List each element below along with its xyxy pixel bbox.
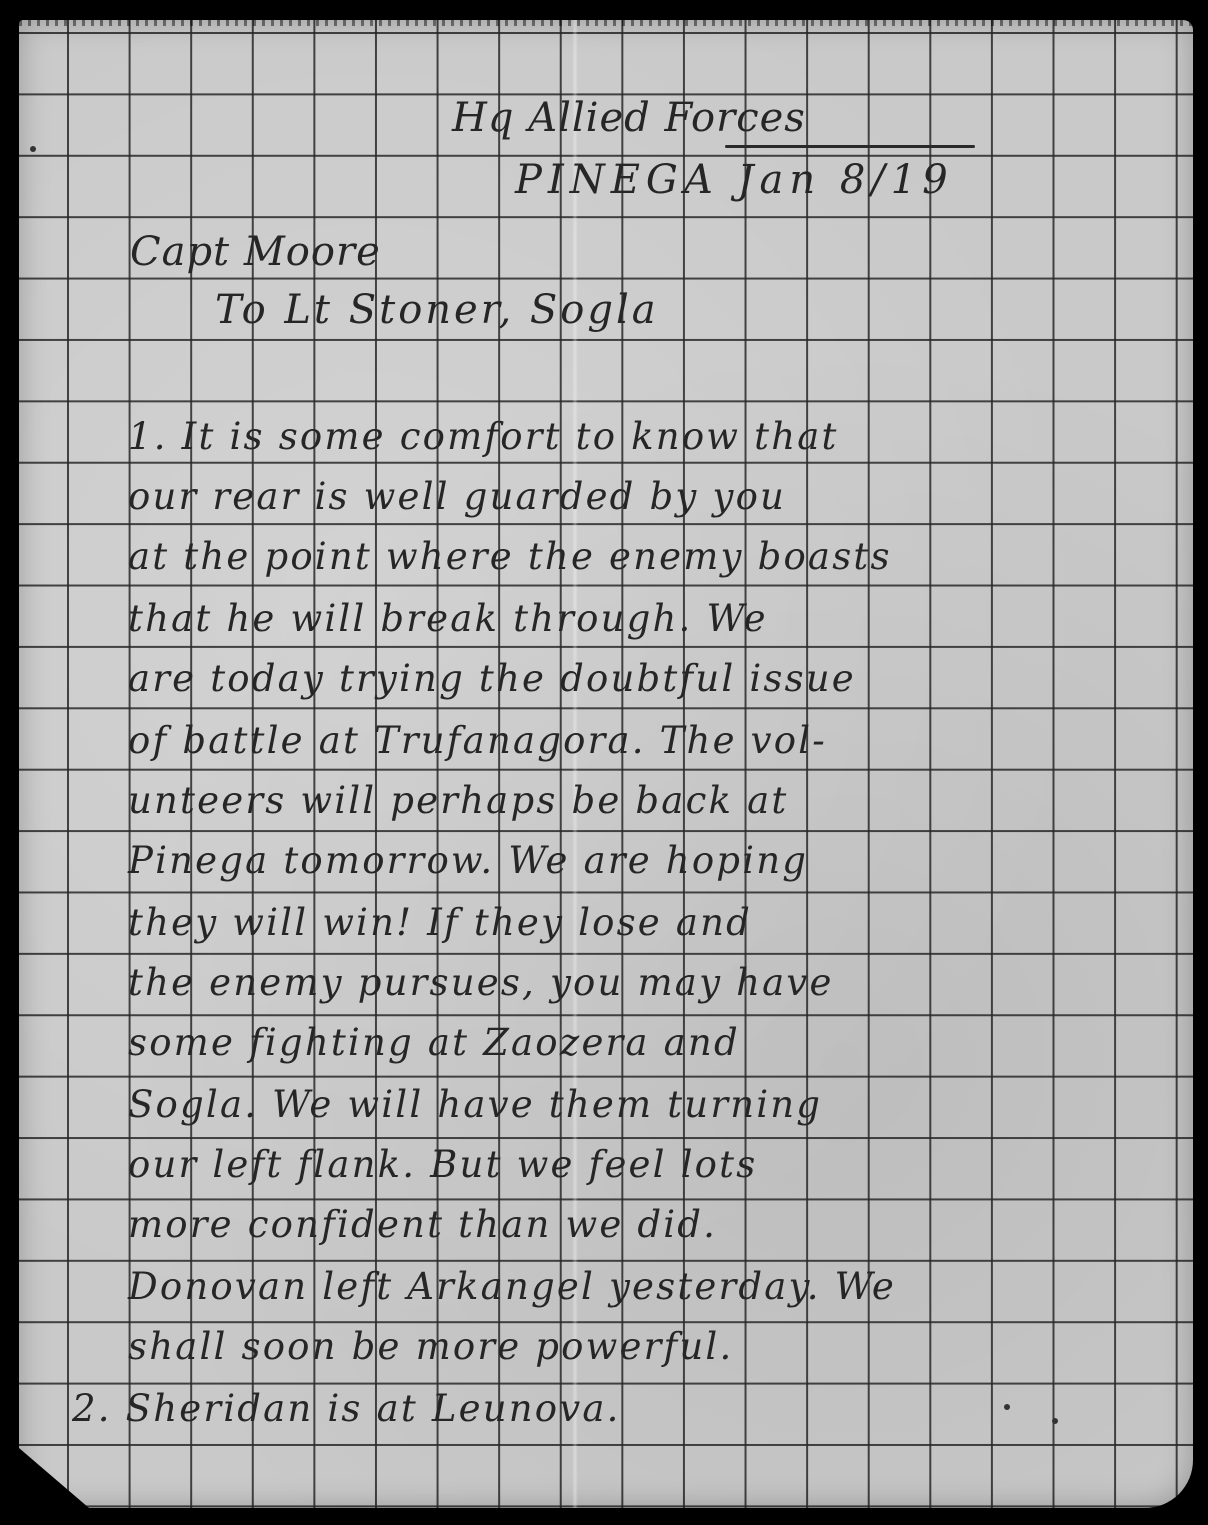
body-line: the enemy pursues, you may have bbox=[128, 964, 834, 1001]
body-line: 2. Sheridan is at Leunova. bbox=[72, 1390, 621, 1427]
body-line: Sogla. We will have them turning bbox=[128, 1086, 822, 1123]
body-line: shall soon be more powerful. bbox=[128, 1328, 733, 1365]
body-line: our left flank. But we feel lots bbox=[128, 1146, 757, 1183]
header-line-2: PINEGA Jan 8/19 bbox=[515, 160, 954, 200]
body-line: they will win! If they lose and bbox=[128, 904, 752, 941]
salutation-from: Capt Moore bbox=[130, 232, 381, 272]
body-line: at the point where the enemy boasts bbox=[128, 538, 892, 575]
body-line: more confident than we did. bbox=[128, 1206, 717, 1243]
body-line: unteers will perhaps be back at bbox=[128, 782, 788, 819]
header-line-1: Hq Allied Forces bbox=[452, 98, 806, 138]
ink-blot bbox=[30, 146, 36, 152]
ink-blot bbox=[1052, 1418, 1058, 1424]
ink-blot bbox=[1004, 1404, 1010, 1410]
body-line: Donovan left Arkangel yesterday. We bbox=[128, 1268, 896, 1305]
body-line: are today trying the doubtful issue bbox=[128, 660, 856, 697]
body-line: that he will break through. We bbox=[128, 600, 768, 637]
salutation-to: To Lt Stoner, Sogla bbox=[215, 290, 659, 330]
body-line: some fighting at Zaozera and bbox=[128, 1024, 740, 1061]
body-line: of battle at Trufanagora. The vol- bbox=[128, 722, 827, 759]
body-line: Pinega tomorrow. We are hoping bbox=[128, 842, 808, 879]
body-line: 1. It is some comfort to know that bbox=[128, 418, 839, 455]
header-underline bbox=[725, 145, 975, 148]
body-line: our rear is well guarded by you bbox=[128, 478, 786, 515]
